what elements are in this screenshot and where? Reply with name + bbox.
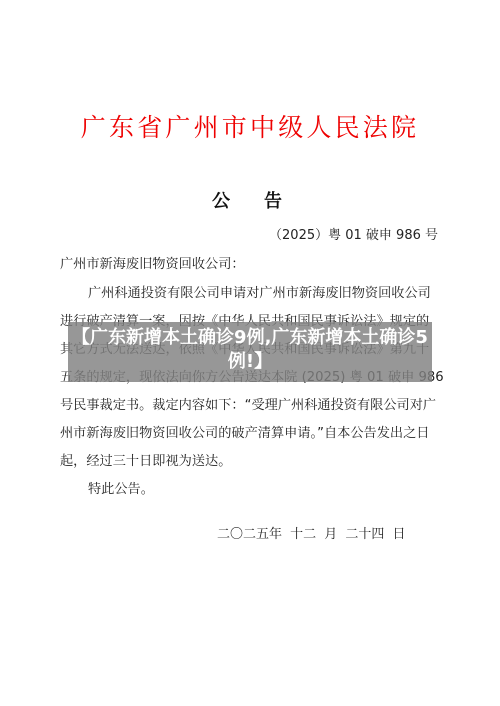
body-line: 州市新海废旧物资回收公司的破产清算申请。”自本公告发出之日 — [60, 424, 429, 444]
notice-body: 广州科通投资有限公司申请对广州市新海废旧物资回收公司 进行破产清算一案，因按《中… — [60, 284, 442, 484]
signature-date: 二〇二五年 十二 月 二十四 日 — [217, 525, 406, 545]
body-line: 号民事裁定书。裁定内容如下：“受理广州科通投资有限公司对广 — [60, 396, 436, 416]
case-number: （2025）粤 01 破申 986 号 — [269, 226, 438, 246]
notice-title: 公告 — [212, 188, 282, 216]
court-title: 广东省广州市中级人民法院 — [0, 110, 500, 146]
headline-overlay-text: 【广东新增本土确诊9例,广东新增本土确诊5例!】 — [68, 322, 432, 374]
notice-title-char-1: 公 — [212, 191, 230, 212]
addressee: 广州市新海废旧物资回收公司： — [60, 255, 442, 275]
body-line: 起，经过三十日即视为送达。 — [60, 452, 231, 472]
closing-statement: 特此公告。 — [88, 480, 470, 500]
notice-page: 广东省广州市中级人民法院 公告 （2025）粤 01 破申 986 号 广州市新… — [0, 0, 500, 706]
body-line: 广州科通投资有限公司申请对广州市新海废旧物资回收公司 — [88, 284, 431, 304]
notice-title-char-2: 告 — [264, 191, 282, 212]
